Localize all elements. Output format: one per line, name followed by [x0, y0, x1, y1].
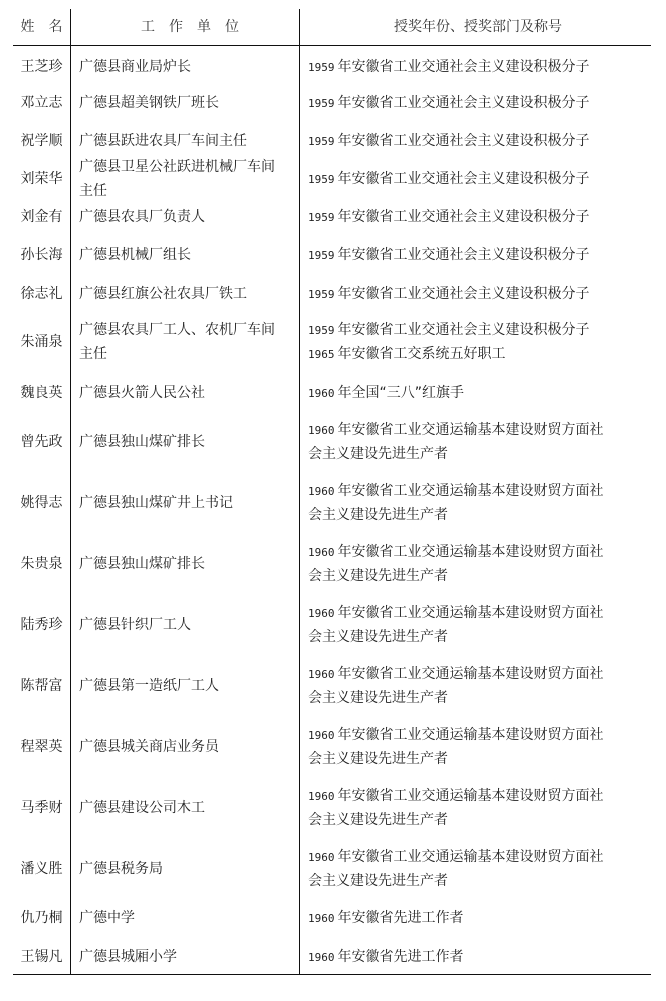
award-year: 1965 — [308, 348, 335, 361]
cell-name: 姚得志 — [13, 491, 70, 515]
cell-award: 会主义建设先进生产者 — [308, 808, 648, 832]
cell-award: 会主义建设先进生产者 — [308, 564, 648, 588]
cell-unit: 广德县第一造纸厂工人 — [79, 674, 301, 698]
award-year: 1959 — [308, 135, 335, 148]
award-year: 1960 — [308, 607, 335, 620]
cell-name: 徐志礼 — [13, 282, 70, 306]
award-text: 会主义建设先进生产者 — [308, 690, 448, 706]
cell-name: 王锡凡 — [13, 945, 70, 969]
award-year: 1960 — [308, 951, 335, 964]
award-text: 年安徽省先进工作者 — [338, 910, 464, 926]
cell-unit: 广德县独山煤矿排长 — [79, 430, 301, 454]
cell-award: 会主义建设先进生产者 — [308, 869, 648, 893]
award-text: 会主义建设先进生产者 — [308, 568, 448, 584]
award-year: 1960 — [308, 729, 335, 742]
cell-name: 仇乃桐 — [13, 906, 70, 930]
header-award: 授奖年份、授奖部门及称号 — [308, 15, 648, 39]
cell-name: 王芝珍 — [13, 55, 70, 79]
cell-award: 1960年安徽省工业交通运输基本建设财贸方面社 — [308, 662, 648, 687]
cell-award: 1960年安徽省先进工作者 — [308, 945, 648, 970]
cell-unit: 广德县商业局炉长 — [79, 55, 301, 79]
award-text: 年安徽省工业交通社会主义建设积极分子 — [338, 133, 590, 149]
cell-award: 1965年安徽省工交系统五好职工 — [308, 342, 648, 367]
awards-table: 姓 名 工 作 单 位 授奖年份、授奖部门及称号 王芝珍广德县商业局炉长1959… — [13, 9, 651, 975]
cell-name: 刘荣华 — [13, 167, 70, 191]
cell-unit: 广德县火箭人民公社 — [79, 381, 301, 405]
cell-award: 1960年安徽省先进工作者 — [308, 906, 648, 931]
cell-unit: 广德县农具厂负责人 — [79, 205, 301, 229]
award-text: 年安徽省工业交通运输基本建设财贸方面社 — [338, 788, 604, 804]
award-year: 1960 — [308, 668, 335, 681]
cell-unit: 广德县跃进农具厂车间主任 — [79, 129, 301, 153]
cell-award: 1960年安徽省工业交通运输基本建设财贸方面社 — [308, 784, 648, 809]
cell-award: 1960年安徽省工业交通运输基本建设财贸方面社 — [308, 540, 648, 565]
award-year: 1959 — [308, 97, 335, 110]
cell-name: 祝学顺 — [13, 129, 70, 153]
award-year: 1959 — [308, 249, 335, 262]
cell-unit: 广德县超美钢铁厂班长 — [79, 91, 301, 115]
cell-unit: 主任 — [79, 342, 301, 366]
cell-award: 会主义建设先进生产者 — [308, 686, 648, 710]
cell-unit: 广德县独山煤矿排长 — [79, 552, 301, 576]
cell-award: 1960年安徽省工业交通运输基本建设财贸方面社 — [308, 845, 648, 870]
cell-award: 会主义建设先进生产者 — [308, 503, 648, 527]
column-divider-1 — [70, 9, 71, 975]
award-year: 1959 — [308, 324, 335, 337]
cell-unit: 广德县城厢小学 — [79, 945, 301, 969]
cell-name: 邓立志 — [13, 91, 70, 115]
award-text: 年安徽省工业交通社会主义建设积极分子 — [338, 59, 590, 75]
cell-name: 魏良英 — [13, 381, 70, 405]
cell-award: 1959年安徽省工业交通社会主义建设积极分子 — [308, 55, 648, 80]
cell-award: 1960年安徽省工业交通运输基本建设财贸方面社 — [308, 723, 648, 748]
award-year: 1960 — [308, 485, 335, 498]
cell-unit: 广德县针织厂工人 — [79, 613, 301, 637]
cell-award: 1960年安徽省工业交通运输基本建设财贸方面社 — [308, 418, 648, 443]
award-text: 年安徽省工业交通运输基本建设财贸方面社 — [338, 849, 604, 865]
award-text: 会主义建设先进生产者 — [308, 873, 448, 889]
cell-unit: 广德县红旗公社农具厂铁工 — [79, 282, 301, 306]
award-text: 年安徽省工业交通运输基本建设财贸方面社 — [338, 483, 604, 499]
award-text: 会主义建设先进生产者 — [308, 812, 448, 828]
cell-unit: 广德县独山煤矿井上书记 — [79, 491, 301, 515]
cell-award: 会主义建设先进生产者 — [308, 442, 648, 466]
cell-award: 1959年安徽省工业交通社会主义建设积极分子 — [308, 318, 648, 343]
award-text: 年安徽省工业交通运输基本建设财贸方面社 — [338, 422, 604, 438]
cell-unit: 广德县税务局 — [79, 857, 301, 881]
award-year: 1959 — [308, 211, 335, 224]
award-text: 年安徽省工业交通运输基本建设财贸方面社 — [338, 727, 604, 743]
award-text: 会主义建设先进生产者 — [308, 507, 448, 523]
award-text: 会主义建设先进生产者 — [308, 446, 448, 462]
cell-unit: 广德县城关商店业务员 — [79, 735, 301, 759]
cell-award: 1960年安徽省工业交通运输基本建设财贸方面社 — [308, 479, 648, 504]
cell-unit: 主任 — [79, 179, 301, 203]
cell-award: 1960年全国“三八”红旗手 — [308, 381, 648, 406]
header-rule — [13, 45, 651, 46]
cell-name: 刘金有 — [13, 205, 70, 229]
cell-award: 会主义建设先进生产者 — [308, 625, 648, 649]
cell-unit: 广德县建设公司木工 — [79, 796, 301, 820]
cell-unit: 广德中学 — [79, 906, 301, 930]
award-text: 年安徽省工业交通运输基本建设财贸方面社 — [338, 666, 604, 682]
cell-name: 朱涌泉 — [13, 330, 70, 354]
award-text: 年安徽省工业交通社会主义建设积极分子 — [338, 322, 590, 338]
award-text: 年安徽省工业交通社会主义建设积极分子 — [338, 171, 590, 187]
award-year: 1960 — [308, 851, 335, 864]
cell-name: 曾先政 — [13, 430, 70, 454]
cell-award: 会主义建设先进生产者 — [308, 747, 648, 771]
cell-award: 1959年安徽省工业交通社会主义建设积极分子 — [308, 129, 648, 154]
cell-name: 朱贵泉 — [13, 552, 70, 576]
award-text: 年安徽省工交系统五好职工 — [338, 346, 506, 362]
cell-name: 程翠英 — [13, 735, 70, 759]
cell-unit: 广德县农具厂工人、农机厂车间 — [79, 318, 301, 342]
cell-name: 孙长海 — [13, 243, 70, 267]
award-year: 1959 — [308, 173, 335, 186]
award-year: 1960 — [308, 546, 335, 559]
cell-award: 1959年安徽省工业交通社会主义建设积极分子 — [308, 205, 648, 230]
award-text: 年安徽省工业交通运输基本建设财贸方面社 — [338, 544, 604, 560]
cell-award: 1959年安徽省工业交通社会主义建设积极分子 — [308, 167, 648, 192]
award-text: 年安徽省工业交通社会主义建设积极分子 — [338, 247, 590, 263]
cell-name: 马季财 — [13, 796, 70, 820]
cell-award: 1959年安徽省工业交通社会主义建设积极分子 — [308, 243, 648, 268]
award-year: 1959 — [308, 61, 335, 74]
cell-award: 1960年安徽省工业交通运输基本建设财贸方面社 — [308, 601, 648, 626]
award-year: 1960 — [308, 424, 335, 437]
cell-award: 1959年安徽省工业交通社会主义建设积极分子 — [308, 91, 648, 116]
award-text: 年安徽省工业交通社会主义建设积极分子 — [338, 209, 590, 225]
cell-name: 潘义胜 — [13, 857, 70, 881]
award-text: 会主义建设先进生产者 — [308, 629, 448, 645]
bottom-rule — [13, 974, 651, 975]
cell-unit: 广德县机械厂组长 — [79, 243, 301, 267]
cell-name: 陆秀珍 — [13, 613, 70, 637]
award-text: 年安徽省工业交通社会主义建设积极分子 — [338, 286, 590, 302]
award-year: 1960 — [308, 790, 335, 803]
award-text: 会主义建设先进生产者 — [308, 751, 448, 767]
award-year: 1960 — [308, 387, 335, 400]
cell-name: 陈帮富 — [13, 674, 70, 698]
award-text: 年全国“三八”红旗手 — [338, 385, 465, 401]
award-year: 1960 — [308, 912, 335, 925]
header-unit: 工 作 单 位 — [79, 15, 301, 39]
award-text: 年安徽省先进工作者 — [338, 949, 464, 965]
cell-award: 1959年安徽省工业交通社会主义建设积极分子 — [308, 282, 648, 307]
header-name: 姓 名 — [13, 15, 70, 39]
award-text: 年安徽省工业交通社会主义建设积极分子 — [338, 95, 590, 111]
award-text: 年安徽省工业交通运输基本建设财贸方面社 — [338, 605, 604, 621]
award-year: 1959 — [308, 288, 335, 301]
cell-unit: 广德县卫星公社跃进机械厂车间 — [79, 155, 301, 179]
